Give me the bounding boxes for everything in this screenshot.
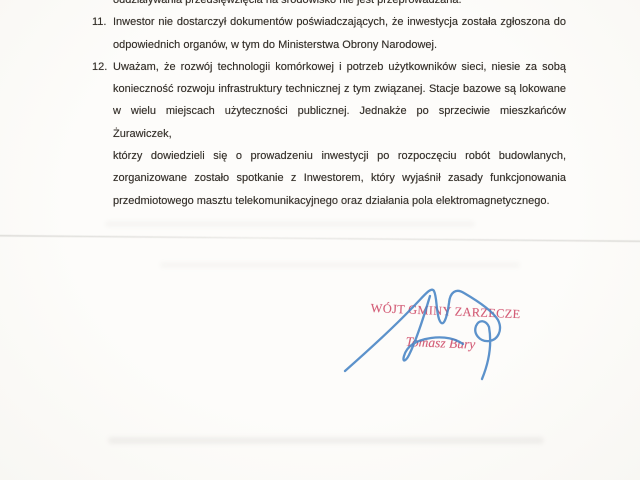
bleed-through-smudge xyxy=(300,201,465,206)
list-item-11: 11. Inwestor nie dostarczył dokumentów p… xyxy=(113,11,566,56)
text-line: odpowiednich organów, w tym do Ministers… xyxy=(113,34,566,56)
document-body-text: oddziaływania przedsięwzięcia na środowi… xyxy=(113,0,566,212)
text-line-partial-top: oddziaływania przedsięwzięcia na środowi… xyxy=(113,0,566,11)
paper-fold-crease xyxy=(0,235,640,242)
bleed-through-smudge xyxy=(160,262,520,268)
scanned-document-page: oddziaływania przedsięwzięcia na środowi… xyxy=(0,0,640,480)
official-stamp-name: Tomasz Bury xyxy=(405,334,475,353)
text-line: konieczność rozwoju infrastruktury techn… xyxy=(113,78,566,100)
text-line: zorganizowane zostało spotkanie z Inwest… xyxy=(113,167,566,189)
list-number-12: 12. xyxy=(92,56,107,78)
bleed-through-smudge xyxy=(105,221,475,227)
official-stamp-title: WÓJT GMINY ZARZECZE xyxy=(370,301,520,322)
list-item-12: 12. Uważam, że rozwój technologii komórk… xyxy=(113,56,566,212)
text-line: w wielu miejscach użyteczności publiczne… xyxy=(113,100,566,145)
text-line: Uważam, że rozwój technologii komórkowej… xyxy=(113,56,566,78)
bleed-through-smudge xyxy=(108,437,544,444)
list-number-11: 11. xyxy=(92,11,106,33)
text-line: którzy dowiedzieli się o prowadzeniu inw… xyxy=(113,145,566,167)
text-line: Inwestor nie dostarczył dokumentów poświ… xyxy=(113,11,566,33)
